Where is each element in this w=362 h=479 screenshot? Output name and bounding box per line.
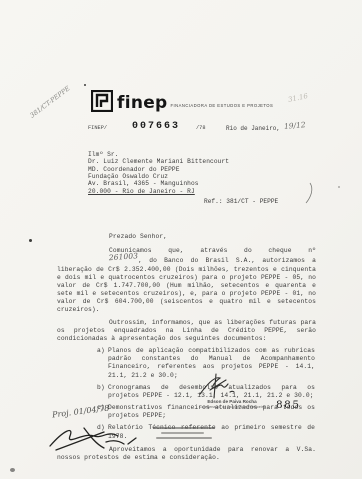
list-item-marker: b): [97, 384, 108, 400]
recipient-institution: Fundação Oswaldo Cruz: [88, 173, 229, 180]
recipient-address: Av. Brasil, 4365 - Manguinhos: [88, 180, 229, 187]
stamp-line: [153, 427, 215, 429]
scan-speck: [338, 186, 340, 188]
recipient-block: Ilmº Sr. Dr. Luiz Clemente Mariani Bitte…: [88, 151, 229, 195]
brand-tagline: FINANCIADORA DE ESTUDOS E PROJETOS: [171, 103, 274, 108]
brand-name: finep: [117, 95, 168, 112]
pen-flourish: [304, 182, 316, 209]
recipient-name: Dr. Luiz Clemente Mariani Bittencourt: [88, 158, 229, 165]
pencil-note: 31.16: [287, 92, 308, 104]
city-line: Rio de Janeiro,: [226, 125, 280, 132]
signature-block: Edson de Paiva Rocha Coordenador de Assi…: [172, 399, 292, 409]
paragraph-1: Comunicamos que, através do cheque nº 26…: [57, 247, 316, 314]
scan-speck: [84, 84, 86, 86]
letterhead: finep FINANCIADORA DE ESTUDOS E PROJETOS: [91, 90, 273, 112]
reference-line: Ref.: 381/CT - PEPPE: [204, 198, 278, 205]
finep-square-logo-icon: [91, 90, 113, 112]
scanned-letter-page: 381/CT-PEPPE 31.16 finep FINANCIADORA DE…: [0, 0, 362, 479]
recipient-honorific: Ilmº Sr.: [88, 151, 229, 158]
document-number-line: FINEP/ 007663 /78 Rio de Janeiro, 19/12: [88, 121, 328, 135]
p1-text-before: Comunicamos que, através do cheque nº: [109, 247, 316, 254]
recipient-role: MD. Coordenador do PEPPE: [88, 166, 229, 173]
doc-number: 007663: [132, 121, 180, 132]
handwritten-date: 19/12: [284, 120, 306, 131]
doc-year: /78: [196, 125, 206, 131]
signer-title: Coordenador de Assistência Financeira: [172, 405, 292, 409]
recipient-city: 20.000 - Rio de Janeiro - RJ: [88, 188, 229, 195]
p1-text-after: , do Banco do Brasil S.A., autorizamos a…: [57, 257, 316, 313]
scan-speck: [29, 239, 32, 242]
salutation: Prezado Senhor,: [57, 233, 316, 241]
approval-signature-scribble: [44, 420, 162, 459]
page-number: 885: [276, 399, 301, 411]
scan-speck: [10, 468, 15, 472]
stamp-line: [161, 432, 204, 434]
ink-stamp: [153, 427, 215, 441]
stamp-line: [156, 437, 212, 439]
handwritten-diagonal-note: 381/CT-PEPPE: [28, 84, 71, 119]
paragraph-2: Outrossim, informamos, que as liberações…: [57, 319, 316, 344]
list-item-marker: a): [97, 347, 108, 380]
doc-prefix: FINEP/: [88, 125, 107, 131]
